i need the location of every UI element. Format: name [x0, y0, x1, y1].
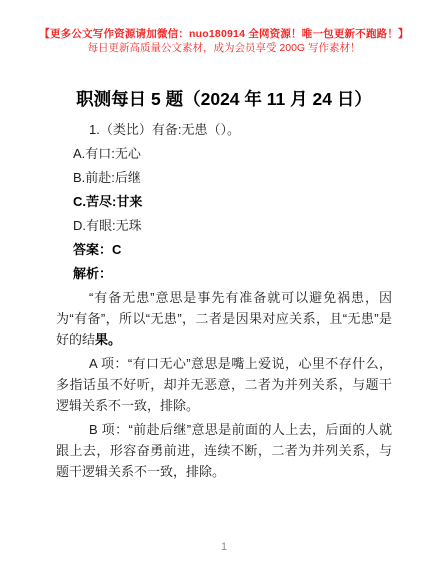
option-c: C.苦尽:甘来: [56, 191, 392, 212]
answer-label: 答案：C: [56, 239, 392, 260]
analysis-paragraph-1: “有备无患”意思是事先有准备就可以避免祸患，因为“有备”，所以“无患”，二者是因…: [56, 287, 392, 350]
analysis-label: 解析：: [56, 263, 392, 284]
promo-notice-line-1: 【更多公文写作资源请加微信：nuo180914 全网资源！唯一包更新不跑路！】: [0, 27, 448, 41]
promo-notice: 【更多公文写作资源请加微信：nuo180914 全网资源！唯一包更新不跑路！】 …: [0, 0, 448, 55]
option-b: B.前赴:后继: [56, 167, 392, 188]
analysis-paragraph-3: B 项：“前赴后继”意思是前面的人上去，后面的人就跟上去，形容奋勇前进，连续不断…: [56, 419, 392, 482]
option-d: D.有眼:无珠: [56, 215, 392, 236]
analysis-paragraph-2: A 项：“有口无心”意思是嘴上爱说，心里不存什么，多指话虽不好听，却并无恶意，二…: [56, 353, 392, 416]
analysis-paragraph-1-bold-tail: 果。: [95, 332, 121, 347]
page-number: 1: [0, 541, 448, 553]
page-title: 职测每日 5 题（2024 年 11 月 24 日）: [0, 88, 448, 110]
question-text: 1.（类比）有备:无患（）。: [56, 119, 392, 140]
document-body: 1.（类比）有备:无患（）。 A.有口:无心 B.前赴:后继 C.苦尽:甘来 D…: [0, 119, 448, 482]
promo-notice-line-2: 每日更新高质量公文素材，成为会员享受 200G 写作素材！: [0, 41, 448, 55]
option-a: A.有口:无心: [56, 143, 392, 164]
